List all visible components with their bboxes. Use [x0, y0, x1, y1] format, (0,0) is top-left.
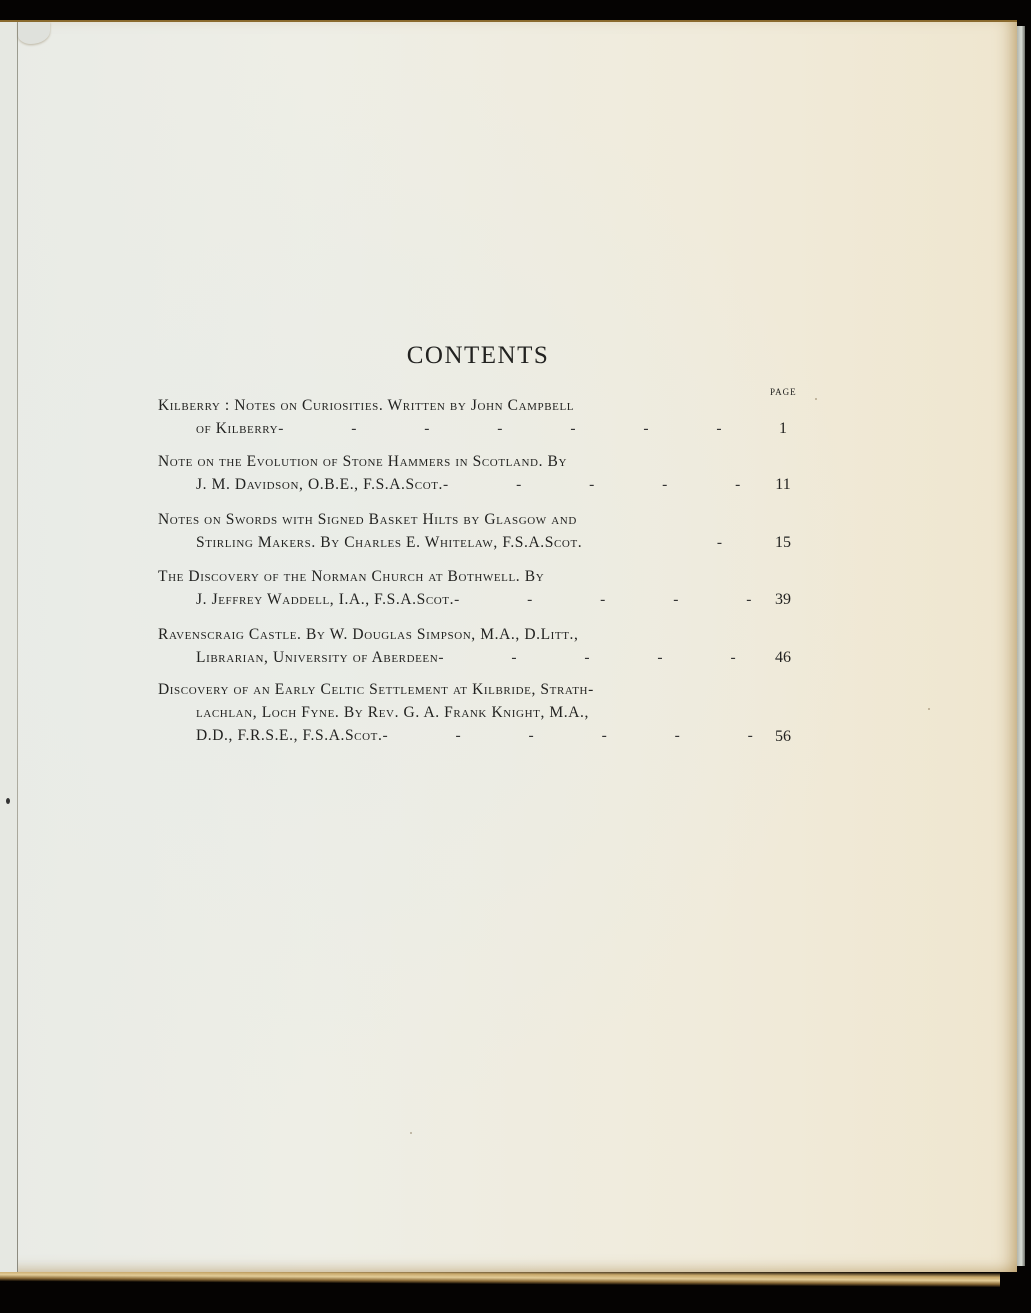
entry-title-line: D.D., F.R.S.E., F.S.A.Scot. [196, 724, 382, 747]
toc-entry: Discovery of an Early Celtic Settlement … [158, 678, 808, 747]
page-number: 56 [768, 728, 798, 746]
toc-entry: Ravenscraig Castle. By W. Douglas Simpso… [158, 623, 808, 669]
page-number: 11 [768, 476, 798, 494]
entry-title-line: J. Jeffrey Waddell, I.A., F.S.A.Scot. [196, 588, 454, 611]
dot-leader: - [582, 531, 754, 554]
dot-leader: - - - - - - - - [382, 724, 754, 747]
toc-entry: Kilberry : Notes on Curiosities. Written… [158, 394, 808, 440]
entry-last-row: Librarian, University of Aberdeen - - - … [158, 646, 808, 669]
page-number: 39 [768, 591, 798, 609]
page-number: 1 [768, 420, 798, 438]
dot-leader: - - - - - [454, 588, 754, 611]
entry-last-row: J. M. Davidson, O.B.E., F.S.A.Scot. - - … [158, 473, 808, 496]
paper-speck [6, 798, 10, 804]
entry-title-line: The Discovery of the Norman Church at Bo… [158, 565, 808, 588]
dot-leader: - - - - - - [438, 646, 754, 669]
page-number: 15 [768, 534, 798, 552]
paper-speck [410, 1132, 412, 1134]
toc-entry: Note on the Evolution of Stone Hammers i… [158, 450, 808, 496]
entry-last-row: D.D., F.R.S.E., F.S.A.Scot. - - - - - - … [158, 724, 808, 747]
entry-last-row: Stirling Makers. By Charles E. Whitelaw,… [158, 531, 808, 554]
entry-title-line: Ravenscraig Castle. By W. Douglas Simpso… [158, 623, 808, 646]
entry-last-row: of Kilberry - - - - - - - - - - - [158, 417, 808, 440]
entry-title-line: Librarian, University of Aberdeen [196, 646, 438, 669]
gutter-strip [0, 22, 17, 1272]
entry-title-line: Kilberry : Notes on Curiosities. Written… [158, 394, 808, 417]
entry-title-line: Notes on Swords with Signed Basket Hilts… [158, 508, 808, 531]
dot-leader: - - - - - [443, 473, 754, 496]
toc-entry: Notes on Swords with Signed Basket Hilts… [158, 508, 808, 554]
paper-speck [815, 398, 817, 400]
entry-title-line: lachlan, Loch Fyne. By Rev. G. A. Frank … [158, 701, 808, 724]
dot-leader: - - - - - - - - - - - [278, 417, 754, 440]
contents-title: CONTENTS [158, 342, 798, 370]
entry-title-line: Discovery of an Early Celtic Settlement … [158, 678, 808, 701]
torn-corner [18, 22, 50, 44]
page-number: 46 [768, 649, 798, 667]
entry-last-row: J. Jeffrey Waddell, I.A., F.S.A.Scot. - … [158, 588, 808, 611]
paper-speck [928, 708, 930, 710]
entry-title-line: Note on the Evolution of Stone Hammers i… [158, 450, 808, 473]
page-fore-edge [1016, 26, 1025, 1266]
toc-entry: The Discovery of the Norman Church at Bo… [158, 565, 808, 611]
entry-title-line: J. M. Davidson, O.B.E., F.S.A.Scot. [196, 473, 443, 496]
entry-title-line: of Kilberry [196, 417, 278, 440]
binding-line [17, 22, 18, 1272]
entry-title-line: Stirling Makers. By Charles E. Whitelaw,… [196, 531, 582, 554]
book-page: CONTENTS PAGE Kilberry : Notes on Curios… [0, 20, 1017, 1272]
